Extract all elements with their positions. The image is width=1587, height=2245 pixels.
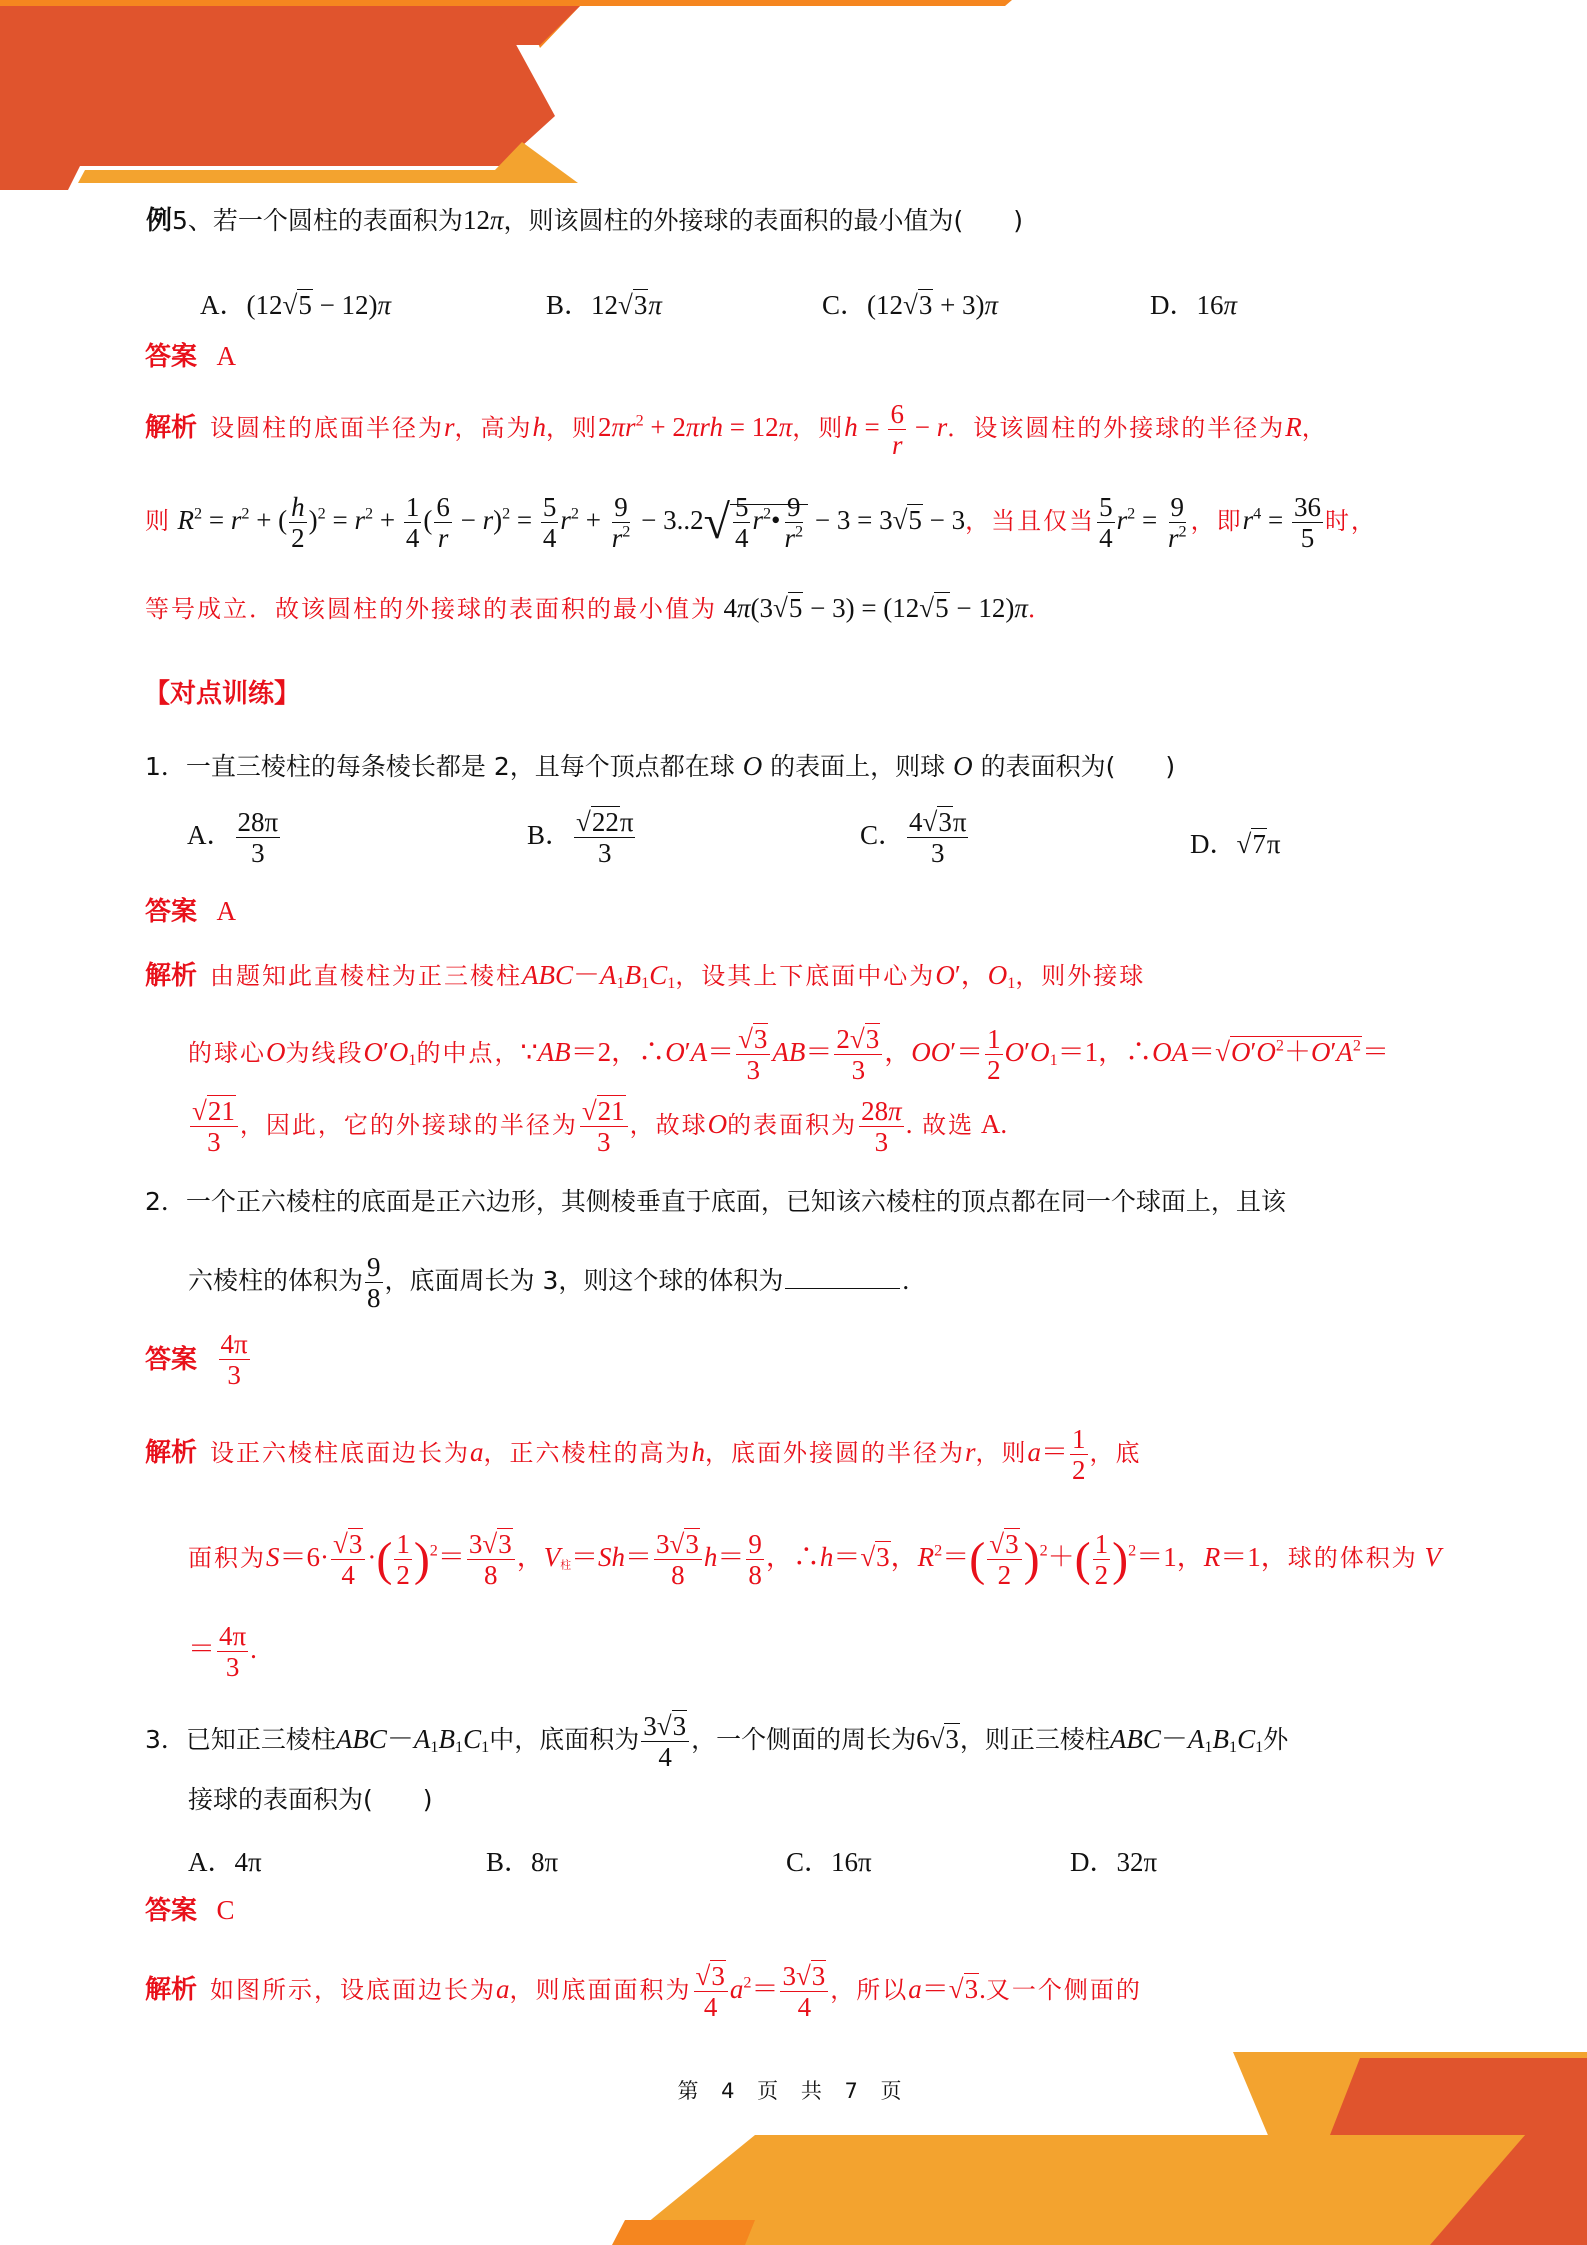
q2-analysis-line-2: 面积为S＝6·√34·(12)2＝3√38，V柱＝Sh＝3√38h＝98，∴h＝… [188,1530,1441,1590]
q3-option-a[interactable]: A．4π [188,1840,262,1879]
practice-section-title: 【对点训练】 [144,681,300,707]
example5-option-b[interactable]: B．12√3π [546,283,662,322]
answer-value: A [217,341,237,371]
q1-analysis-line-3: √213，因此，它的外接球的半径为√213，故球O的表面积为28π3. 故选 A… [188,1097,1007,1157]
q1-analysis-line-1: 解析 由题知此直棱柱为正三棱柱ABC－A1B1C1，设其上下底面中心为O′，O1… [145,962,1145,989]
q2-analysis-line-3: ＝4π3. [188,1622,257,1682]
q1-option-a[interactable]: A．28π3 [187,808,282,868]
q3-analysis-line-1: 解析 如图所示，设底面边长为a，则底面面积为√34a2＝3√34，所以a＝√3.… [145,1962,1142,2022]
example5-answer: 答案 A [145,343,236,370]
example5-option-c[interactable]: C．(12√3 + 3)π [822,283,998,322]
q3-option-d[interactable]: D．32π [1070,1840,1157,1879]
q3-question-line-2: 接球的表面积为( ) [188,1787,433,1813]
example-label: 例 [146,206,172,236]
analysis-label: 解析 [145,413,197,443]
q3-answer: 答案 C [145,1897,235,1924]
page-number: 第 4 页 共 7 页 [0,2075,1587,2105]
q1-analysis-line-2: 的球心O为线段O′O1的中点，∵AB＝2，∴O′A＝√33AB＝2√33，OO′… [188,1025,1389,1085]
answer-label: 答案 [145,342,197,372]
q2-analysis-line-1: 解析 设正六棱柱底面边长为a，正六棱柱的高为h，底面外接圆的半径为r，则a＝12… [145,1425,1142,1485]
q3-option-c[interactable]: C．16π [786,1840,872,1879]
q1-option-c[interactable]: C．4√3π3 [860,808,970,868]
header-banner [0,0,1587,200]
q3-question-line-1: 3．已知正三棱柱ABC－A1B1C1中，底面积为3√34，一个侧面的周长为6√3… [145,1712,1288,1772]
q1-question: 1．一直三棱柱的每条棱长都是 2，且每个顶点都在球 O 的表面上，则球 O 的表… [145,753,1175,780]
q2-answer: 答案 4π3 [145,1330,252,1390]
q1-answer: 答案 A [145,898,236,925]
example5-question: 例5、若一个圆柱的表面积为12π，则该圆柱的外接球的表面积的最小值为( ) [146,207,1023,234]
example5-option-d[interactable]: D．16π [1150,283,1237,322]
example5-analysis-line-3: 等号成立．故该圆柱的外接球的表面积的最小值为 4π(3√5 − 3) = (12… [145,595,1054,622]
q1-option-b[interactable]: B．√22π3 [527,808,637,868]
example5-option-a[interactable]: A．(12√5 − 12)π [200,283,391,322]
answer-blank[interactable] [785,1288,900,1289]
example5-analysis-line-2: 则 R2 = r2 + (h2)2 = r2 + 14(6r − r)2 = 5… [145,493,1377,553]
example5-analysis-line-1: 解析 设圆柱的底面半径为r，高为h，则2πr2 + 2πrh = 12π，则h … [145,400,1328,460]
q2-question-line-2: 六棱柱的体积为98，底面周长为 3，则这个球的体积为. [188,1253,909,1313]
q3-option-b[interactable]: B．8π [486,1840,558,1879]
q1-option-d[interactable]: D．√7π [1190,822,1280,861]
q2-question-line-1: 2．一个正六棱柱的底面是正六边形，其侧棱垂直于底面，已知该六棱柱的顶点都在同一个… [145,1189,1286,1215]
